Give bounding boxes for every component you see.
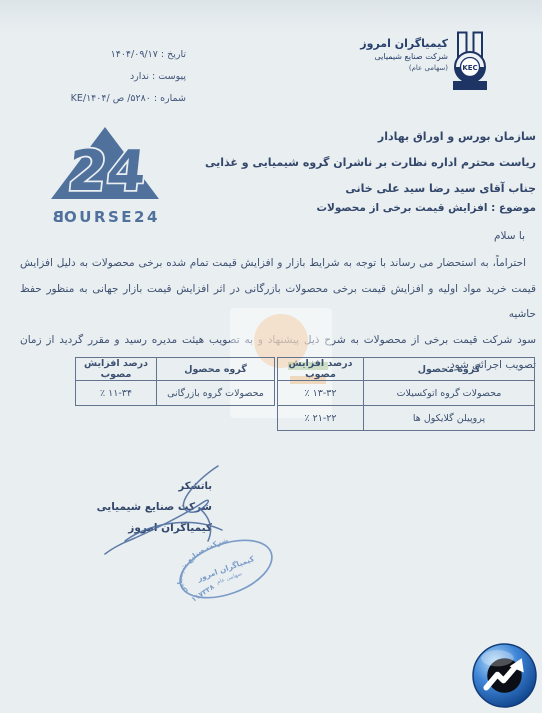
price-table-right: گروه محصول درصد افزایش مصوب محصولات گروه… bbox=[277, 357, 535, 431]
table-header-row: گروه محصول درصد افزایش مصوب bbox=[278, 358, 535, 381]
salutation: با سلام bbox=[494, 230, 525, 242]
handwritten-signature-icon bbox=[98, 458, 238, 560]
product-group-cell: محصولات گروه اتوکسیلات bbox=[364, 381, 535, 406]
recipient-block: سازمان بورس و اوراق بهادار ریاست محترم ا… bbox=[180, 124, 536, 202]
kec-flask-logo-icon: KEC bbox=[452, 31, 488, 93]
letter-attachment: پیوست : ندارد bbox=[28, 66, 186, 88]
recipient-organization: سازمان بورس و اوراق بهادار bbox=[180, 124, 536, 150]
bourse24-wordmark: BOURSE24 bbox=[46, 208, 164, 226]
product-group-cell: محصولات گروه بازرگانی bbox=[157, 381, 275, 406]
percent-cell: ۱۳-۳۲ ٪ bbox=[278, 381, 364, 406]
letter-number: شماره : ۵۲۸۰/ ص /۱۴۰۴/KE bbox=[28, 88, 186, 110]
body-line-1: احتراماً، به استحضار می رساند با توجه به… bbox=[20, 251, 536, 277]
subject-line: موضوع : افزایش قیمت برخی از محصولات bbox=[316, 202, 536, 214]
percent-cell: ۲۱-۲۲ ٪ bbox=[278, 406, 364, 431]
bourse24-ball-icon bbox=[471, 642, 538, 709]
letter-date: تاریخ : ۱۴۰۴/۰۹/۱۷ bbox=[28, 44, 186, 66]
table-row: محصولات گروه بازرگانی ۱۱-۳۴ ٪ bbox=[76, 381, 275, 406]
bourse24-digits: 24 bbox=[65, 139, 150, 202]
col-header-approved-percent: درصد افزایش مصوب bbox=[76, 358, 157, 381]
price-table-left: گروه محصول درصد افزایش مصوب محصولات گروه… bbox=[75, 357, 275, 406]
percent-cell: ۱۱-۳۴ ٪ bbox=[76, 381, 157, 406]
bourse24-logo: 24 BOURSE24 bbox=[46, 124, 164, 226]
bourse24-triangle-icon: 24 bbox=[47, 124, 163, 202]
bourse24-wordmark-first-letter: B bbox=[50, 208, 64, 226]
col-header-product-group: گروه محصول bbox=[364, 358, 535, 381]
company-type: شرکت صنایع شیمیایی bbox=[360, 51, 448, 63]
table-header-row: گروه محصول درصد افزایش مصوب bbox=[76, 358, 275, 381]
col-header-product-group: گروه محصول bbox=[157, 358, 275, 381]
product-group-cell: پروپیلن گلایکول ها bbox=[364, 406, 535, 431]
bourse24-wordmark-rest: OURSE24 bbox=[64, 208, 160, 226]
scanned-letter-page: تاریخ : ۱۴۰۴/۰۹/۱۷ پیوست : ندارد شماره :… bbox=[0, 0, 542, 713]
company-name: کیمیاگران امروز bbox=[360, 37, 448, 51]
company-letterhead: کیمیاگران امروز شرکت صنایع شیمیایی (سهام… bbox=[360, 37, 448, 73]
recipient-department: ریاست محترم اداره نظارت بر ناشران گروه ش… bbox=[180, 150, 536, 176]
company-shares: (سهامی عام) bbox=[360, 63, 448, 73]
stamp-number: ۱۱۷۳۲۸ bbox=[190, 582, 216, 603]
kec-acronym: KEC bbox=[462, 64, 477, 72]
letter-meta: تاریخ : ۱۴۰۴/۰۹/۱۷ پیوست : ندارد شماره :… bbox=[28, 44, 186, 110]
table-row: پروپیلن گلایکول ها ۲۱-۲۲ ٪ bbox=[278, 406, 535, 431]
col-header-approved-percent: درصد افزایش مصوب bbox=[278, 358, 364, 381]
table-row: محصولات گروه اتوکسیلات ۱۳-۳۲ ٪ bbox=[278, 381, 535, 406]
recipient-person: جناب آقای سید رضا سید علی خانی bbox=[180, 176, 536, 202]
